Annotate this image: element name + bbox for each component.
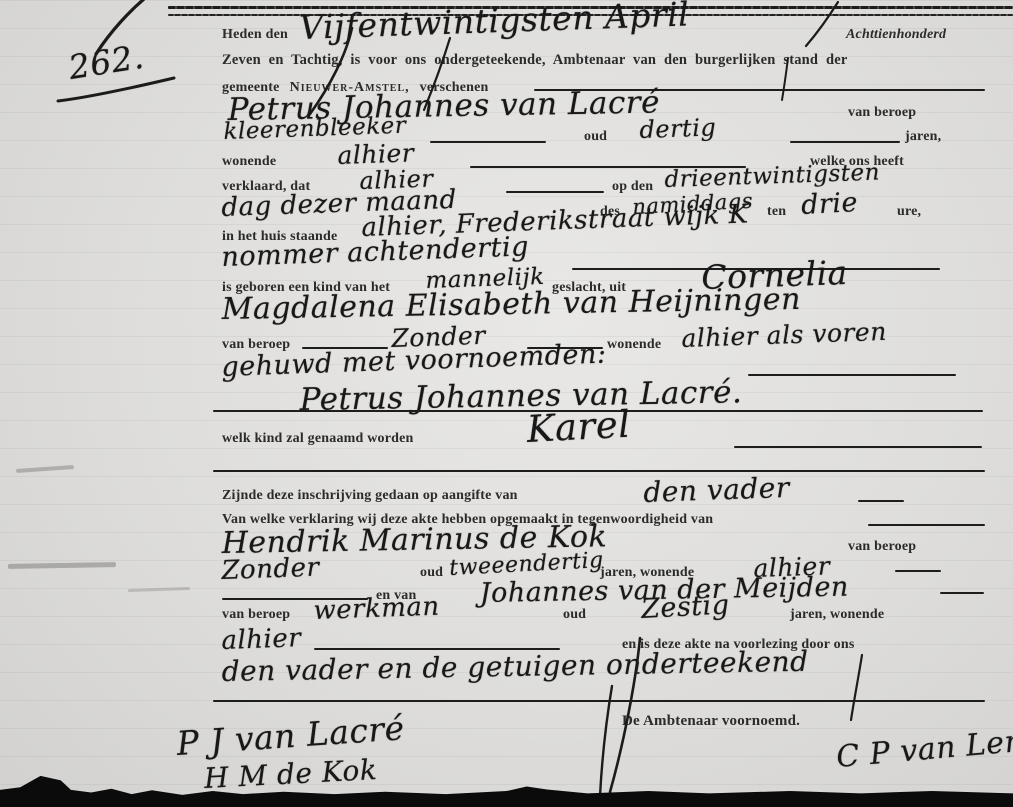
hw-moeder-wonende: alhier als voren: [681, 317, 887, 353]
printed-year-line: Zeven en Tachtig, is voor ons ondergetee…: [222, 52, 848, 69]
hw-date: Vijfentwintigsten April: [299, 0, 690, 47]
bleedthrough-mark-2: [8, 562, 116, 569]
hw-slotzin: den vader en de getuigen onderteekend: [221, 645, 808, 688]
section-rule-3: [213, 700, 985, 702]
printed-heden-den: Heden den: [222, 27, 288, 43]
printed-van-beroep-w1: van beroep: [848, 539, 916, 555]
printed-oud-1: oud: [584, 129, 607, 145]
fill-line-plaats: [506, 191, 604, 193]
fill-line-aangever: [858, 500, 904, 502]
hw-aangever: den vader: [643, 471, 790, 509]
fill-line-w2-naam: [940, 592, 984, 594]
hw-witness1-beroep: Zonder: [221, 553, 320, 586]
printed-wonende-moeder: wonende: [607, 337, 661, 353]
printed-van-beroep-w2: van beroep: [222, 607, 290, 623]
fill-line-tegenwoordigheid: [868, 524, 985, 526]
printed-ure: ure,: [897, 204, 921, 220]
printed-op-den: op den: [612, 179, 653, 195]
fill-line-beroep: [430, 141, 546, 143]
fill-line-w1-wonende: [895, 570, 941, 572]
section-rule-2: [213, 470, 985, 472]
printed-ten: ten: [767, 204, 786, 220]
hw-witness2-beroep: werkman: [313, 592, 440, 626]
signature-ambtenaar: C P van Lennep: [835, 719, 1013, 775]
printed-jaren-wonende-w2: jaren, wonende: [790, 607, 884, 623]
hw-witness2-wonende: alhier: [221, 623, 302, 656]
printed-naam-label: welk kind zal genaamd worden: [222, 431, 414, 447]
printed-achttienhonderd: Achttienhonderd: [846, 27, 946, 43]
printed-oud-w2: oud: [563, 607, 586, 623]
fill-line-kind-naam: [734, 446, 982, 448]
printed-oud-w1: oud: [420, 565, 443, 581]
fill-line-age: [790, 141, 900, 143]
printed-wonende-1: wonende: [222, 154, 276, 170]
bleedthrough-mark-1: [16, 465, 74, 473]
printed-van-beroep-1: van beroep: [848, 105, 916, 121]
printed-jaren-1: jaren,: [905, 129, 941, 145]
printed-aangifte: Zijnde deze inschrijving gedaan op aangi…: [222, 488, 518, 504]
fill-line-gehuwd: [748, 374, 956, 376]
bleedthrough-mark-3: [128, 587, 190, 592]
birth-certificate-scan: 262. Heden den Vijfentwintigsten April A…: [0, 0, 1013, 807]
hw-kind-naam: Karel: [526, 403, 632, 451]
hw-witness2-age: Zestig: [640, 589, 730, 625]
hw-uur: drie: [800, 187, 858, 221]
printed-ambtenaar-voornoemd: De Ambtenaar voornoemd.: [622, 713, 800, 730]
act-number: 262.: [66, 37, 147, 87]
hw-declarant-age: dertig: [639, 113, 717, 144]
scan-edge-strip: [0, 769, 1013, 807]
